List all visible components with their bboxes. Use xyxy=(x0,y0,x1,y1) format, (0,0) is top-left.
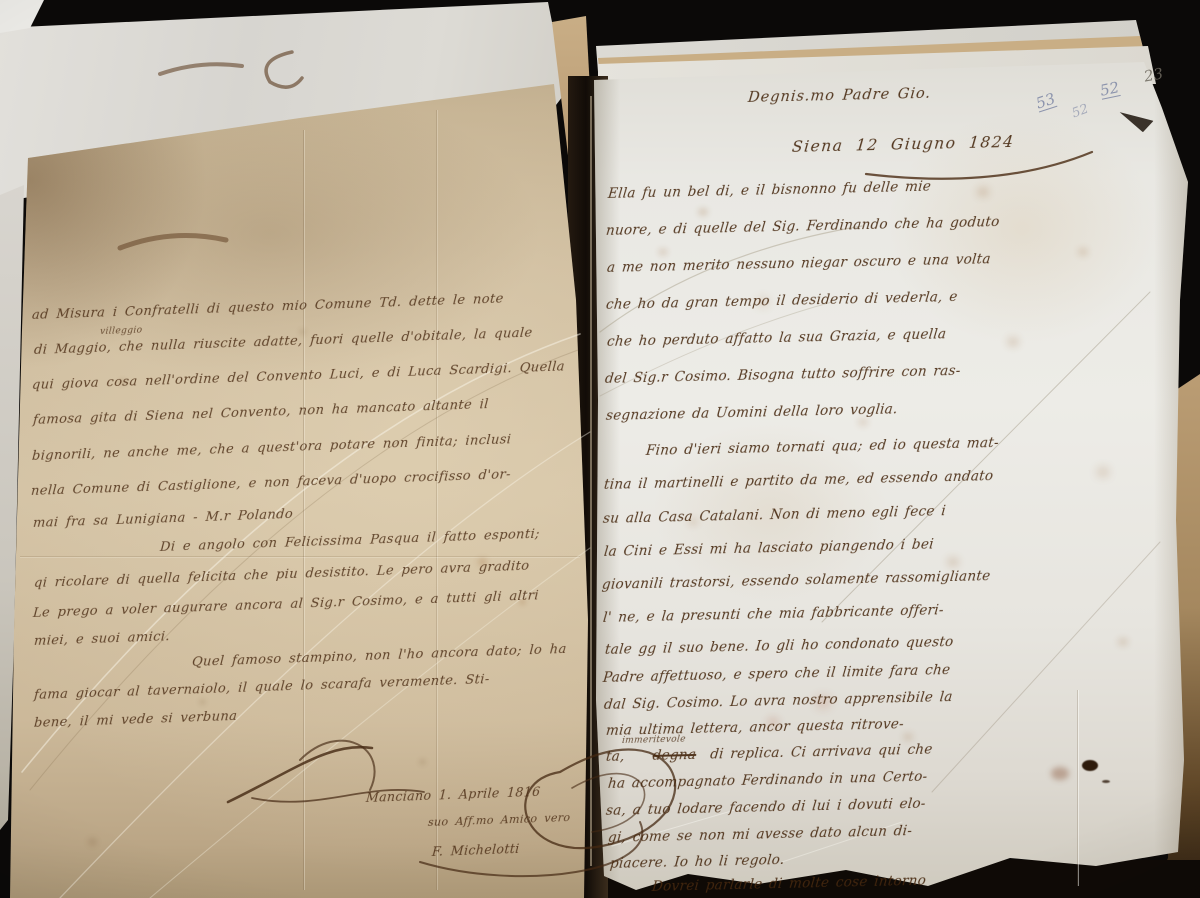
left-page-crease xyxy=(20,556,580,557)
right-page xyxy=(590,40,1190,898)
gutter-torn-edge xyxy=(590,96,592,866)
left-page-fold-line xyxy=(436,110,437,890)
right-page-crease xyxy=(1078,690,1079,886)
ink-blot xyxy=(1082,760,1098,771)
manuscript-photo: ad Misura i Confratelli di questo mio Co… xyxy=(0,0,1200,898)
bleedthrough-spots-right xyxy=(0,0,6,4)
pencil-page-number: 23 xyxy=(1143,64,1165,85)
left-page-fold-line xyxy=(303,130,304,890)
